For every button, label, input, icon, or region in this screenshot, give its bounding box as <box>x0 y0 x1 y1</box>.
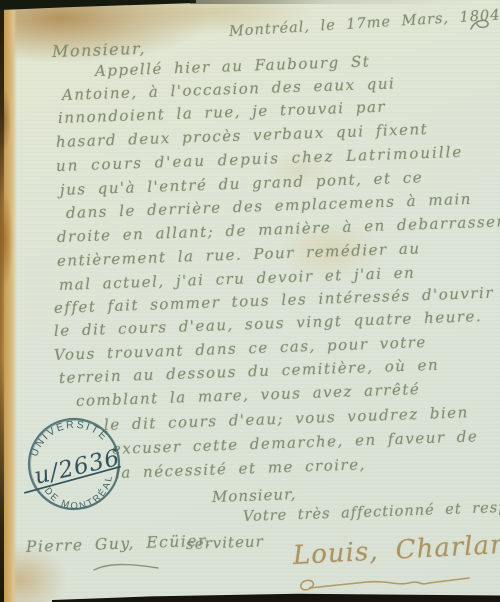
letter-salutation: Monsieur, <box>52 39 147 61</box>
top-edge-shadow <box>0 0 196 10</box>
addressee-underline-flourish <box>92 560 162 574</box>
letter-body-line: excuser cette demarche, en faveur de <box>112 427 479 458</box>
pen-flourish-mark <box>468 16 494 34</box>
left-edge-shadow <box>0 0 4 602</box>
addressee-line: Pierre Guy, Ecüier. <box>26 532 212 556</box>
bottom-edge-shadow <box>52 593 500 602</box>
closing-salutation: Monsieur, <box>212 485 297 506</box>
letter-body-line: la nécessité et me croire, <box>115 455 366 482</box>
signature-text: Louis, Charland <box>292 529 500 571</box>
scanned-letter-page: Montréal, le 17me Mars, 1804. Monsieur, … <box>0 0 500 602</box>
top-edge-faint <box>190 0 500 4</box>
signature-flourish <box>297 572 477 594</box>
letter-dateline: Montréal, le 17me Mars, 1804. <box>229 7 500 40</box>
